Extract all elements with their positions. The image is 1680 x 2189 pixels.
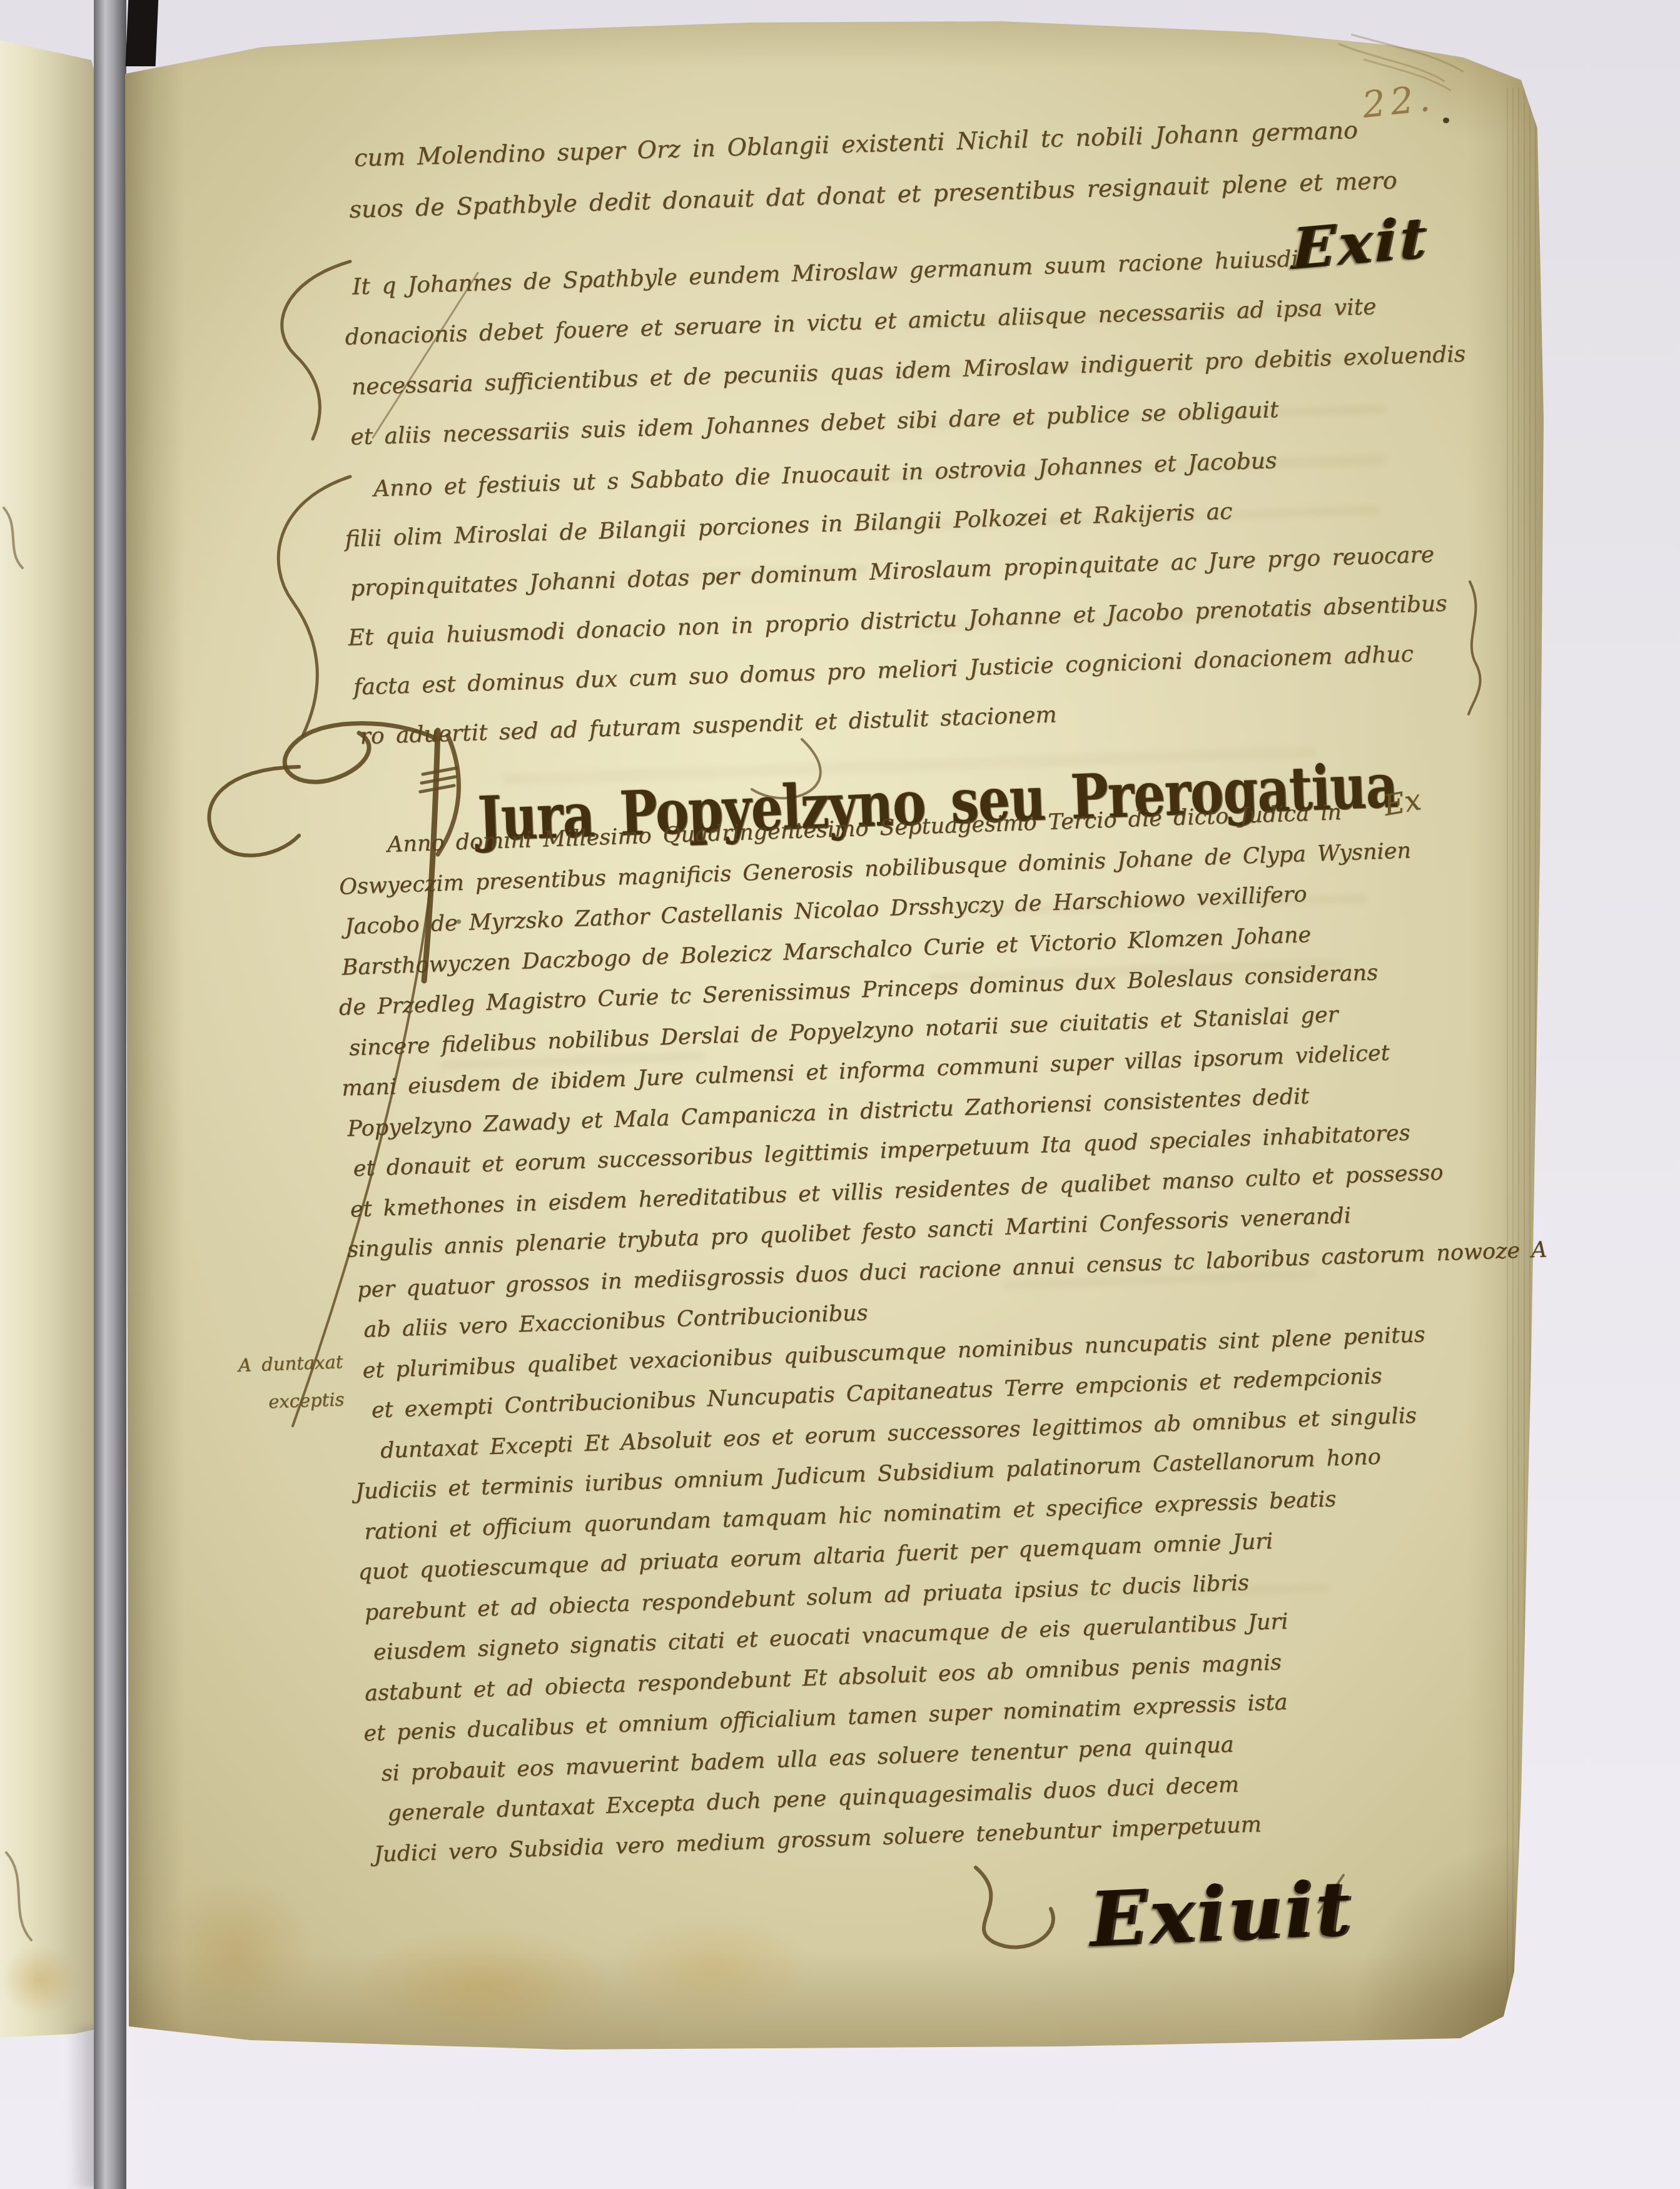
facing-page-stain [0,1908,100,2039]
page-stain [610,1914,816,2020]
facing-page-edge [0,0,100,2189]
paragraph-3: Anno et festiuis ut s Sabbato die Inuoca… [343,431,1451,762]
page-stain [353,1926,616,2045]
margin-note: A duntaxat exceptis [238,1343,345,1422]
main-entry-paragraph: Anno domini Millesimo Quadringentesimo S… [333,786,1567,1875]
paragraph-2: It q Johannes de Spathbyle eundem Mirosl… [343,230,1468,463]
manuscript-scan: 22. cum Molendino super Orz in Oblangii … [0,0,1680,2189]
page-stain [153,1876,316,2026]
margin-note-line: A duntaxat [238,1343,343,1384]
facing-page-shading [0,0,100,2189]
book-spine-rod [94,0,126,2189]
ink-speck [1443,118,1449,123]
exiuit-registration-mark: Exiuit [1088,1864,1355,1964]
margin-note-line: exceptis [268,1380,345,1420]
binding-clamp-bar [126,0,159,66]
